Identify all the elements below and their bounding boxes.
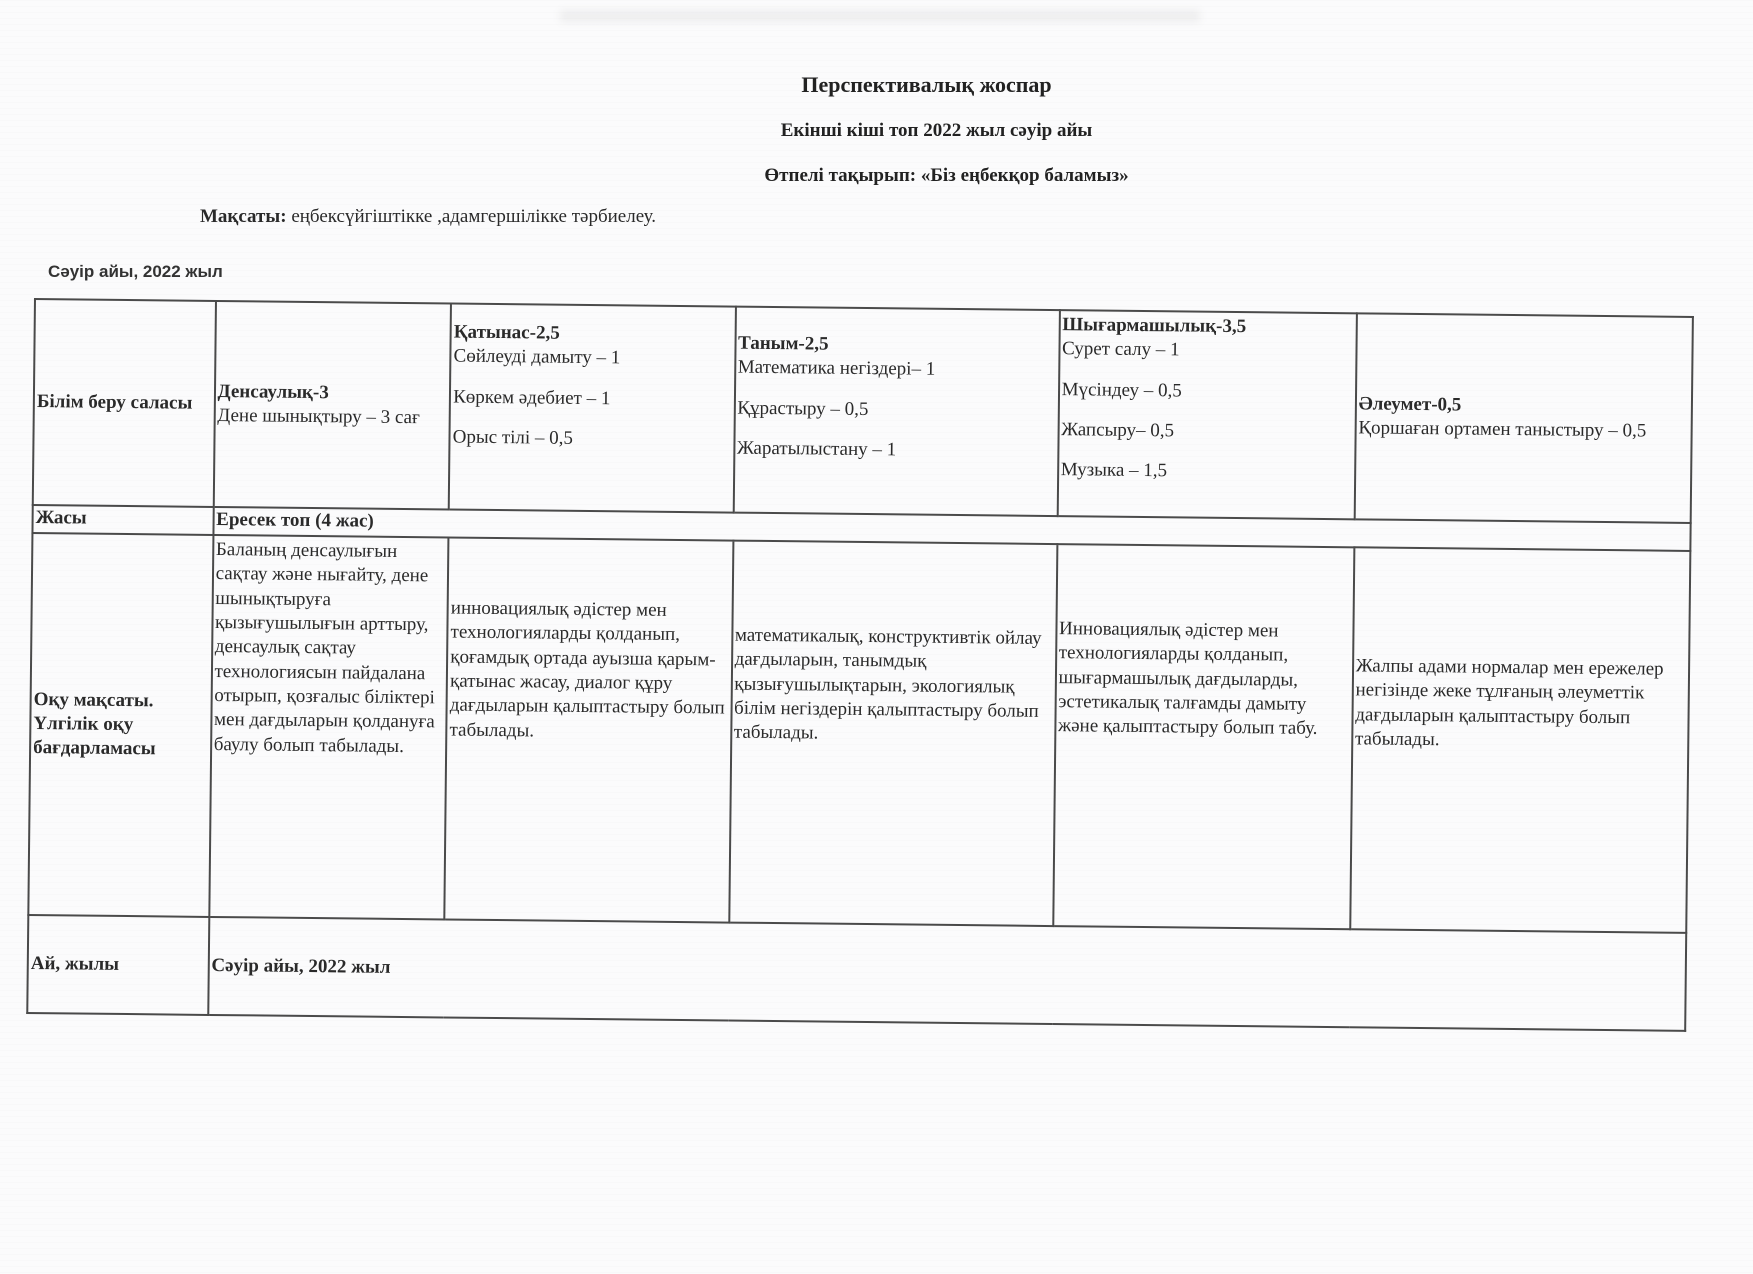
area-item: Дене шынықтыру – 3 сағ [217, 404, 447, 431]
goal-cell-health: Баланың денсаулығын сақтау және нығайту,… [209, 535, 449, 920]
area-item: Музыка – 1,5 [1061, 458, 1352, 485]
area-item: Қоршаған ортамен таныстыру – 0,5 [1358, 416, 1689, 444]
table-row-goals: Оқу мақсаты. Үлгілік оқу бағдарламасы Ба… [28, 533, 1690, 933]
scan-smudge [560, 10, 1200, 22]
area-cell-creativity: Шығармашылық-3,5 Сурет салу – 1 Мүсіндеу… [1057, 310, 1356, 519]
row-label-age: Жасы [32, 505, 213, 535]
goal-cell-communication: инновациялық әдістер мен технологияларды… [444, 538, 732, 923]
area-item: Орыс тілі – 0,5 [453, 425, 732, 452]
row-label-education-area: Білім беру саласы [33, 299, 216, 507]
document-goal: Мақсаты: еңбексүйгіштікке ,адамгершілікк… [200, 206, 656, 228]
goal-text: инновациялық әдістер мен технологияларды… [449, 541, 729, 746]
goal-text: математикалық, конструктивтік ойлау дағд… [734, 544, 1054, 749]
row-label-goals: Оқу мақсаты. Үлгілік оқу бағдарламасы [28, 533, 213, 917]
goal-text: еңбексүйгіштікке ,адамгершілікке тәрбиел… [287, 206, 656, 227]
date-label: Сәуір айы, 2022 жыл [48, 262, 223, 282]
plan-table: Білім беру саласы Денсаулық-3 Дене шынық… [26, 298, 1694, 1032]
area-title: Шығармашылық-3,5 [1062, 313, 1353, 340]
row-label-month: Ай, жылы [27, 915, 209, 1015]
goal-label: Мақсаты: [200, 206, 287, 227]
area-item: Математика негіздері– 1 [738, 356, 1056, 384]
area-cell-cognition: Таным-2,5 Математика негіздері– 1 Құраст… [733, 307, 1059, 516]
area-item: Сөйлеуді дамыту – 1 [453, 345, 732, 372]
area-item: Мүсіндеу – 0,5 [1062, 378, 1353, 405]
area-cell-social: Әлеумет-0,5 Қоршаған ортамен таныстыру –… [1354, 313, 1692, 523]
area-item: Құрастыру – 0,5 [737, 396, 1055, 424]
document-title: Перспективалық жоспар [50, 72, 1753, 98]
area-cell-communication: Қатынас-2,5 Сөйлеуді дамыту – 1 Көркем ә… [449, 304, 736, 513]
month-value: Сәуір айы, 2022 жыл [208, 917, 1686, 1031]
goal-cell-social: Жалпы адами нормалар мен ережелер негізі… [1350, 547, 1690, 933]
area-item: Жаратылыстану – 1 [737, 437, 1055, 465]
document-subtitle: Екінші кіші топ 2022 жыл сәуір айы [60, 120, 1753, 142]
area-title: Таным-2,5 [738, 332, 1056, 360]
goal-cell-creativity: Инновациялық әдістер мен технологияларды… [1053, 544, 1354, 929]
goal-text: Инновациялық әдістер мен технологияларды… [1058, 547, 1351, 742]
area-item: Сурет салу – 1 [1062, 337, 1353, 364]
area-item: Жапсыру– 0,5 [1061, 418, 1352, 445]
area-title: Қатынас-2,5 [454, 321, 733, 348]
document-theme: Өтпелі тақырып: «Біз еңбекқор баламыз» [70, 165, 1753, 187]
goal-text: Жалпы адами нормалар мен ережелер негізі… [1355, 550, 1687, 755]
area-item: Көркем әдебиет – 1 [453, 385, 732, 412]
table-row-education-area: Білім беру саласы Денсаулық-3 Дене шынық… [33, 299, 1693, 523]
table-row-month: Ай, жылы Сәуір айы, 2022 жыл [27, 915, 1686, 1031]
area-cell-health: Денсаулық-3 Дене шынықтыру – 3 сағ [213, 301, 451, 510]
plan-table-wrapper: Білім беру саласы Денсаулық-3 Дене шынық… [26, 298, 1694, 1032]
area-title: Әлеумет-0,5 [1359, 392, 1690, 420]
area-title: Денсаулық-3 [217, 380, 447, 407]
goal-text: Баланың денсаулығын сақтау және нығайту,… [214, 538, 446, 759]
goal-cell-cognition: математикалық, конструктивтік ойлау дағд… [729, 541, 1057, 926]
